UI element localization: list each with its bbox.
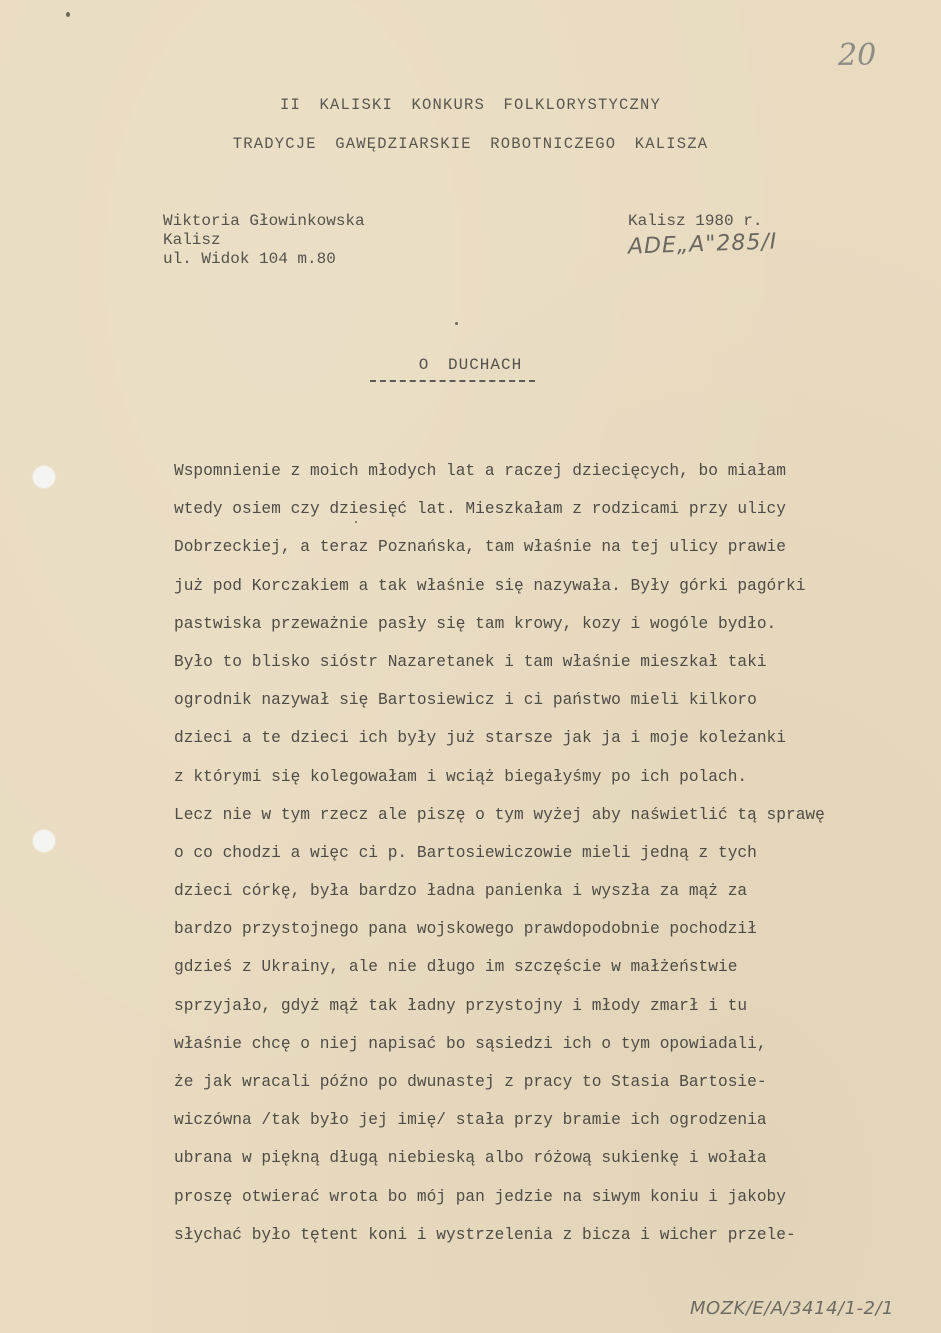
- body-line: ubrana w piękną długą niebieską albo róż…: [174, 1139, 941, 1177]
- body-line: dzieci a te dzieci ich były już starsze …: [174, 719, 941, 757]
- body-line: słychać było tętent koni i wystrzelenia …: [174, 1216, 941, 1254]
- contest-title: II KALISKI KONKURS FOLKLORYSTYCZNY: [0, 96, 941, 114]
- place-and-date: Kalisz 1980 r.: [628, 212, 762, 230]
- body-line: proszę otwierać wrota bo mój pan jedzie …: [174, 1178, 941, 1216]
- body-line: z którymi się kolegowałam i wciąż biegał…: [174, 758, 941, 796]
- contest-subtitle: TRADYCJE GAWĘDZIARSKIE ROBOTNICZEGO KALI…: [0, 135, 941, 153]
- author-street: ul. Widok 104 m.80: [163, 250, 336, 268]
- body-line: Było to blisko sióstr Nazaretanek i tam …: [174, 643, 941, 681]
- body-line: pastwiska przeważnie pasły się tam krowy…: [174, 605, 941, 643]
- body-line: że jak wracali późno po dwunastej z prac…: [174, 1063, 941, 1101]
- body-line: Dobrzeckiej, a teraz Poznańska, tam właś…: [174, 528, 941, 566]
- handwritten-page-number: 20: [838, 38, 876, 73]
- story-title: O DUCHACH: [0, 356, 941, 374]
- body-line: wtedy osiem czy dziesięć lat. Mieszkałam…: [174, 490, 941, 528]
- paper-speck: [66, 12, 70, 17]
- body-line: dzieci córkę, była bardzo ładna panienka…: [174, 872, 941, 910]
- body-line: gdzieś z Ukrainy, ale nie długo im szczę…: [174, 948, 941, 986]
- title-underline: [370, 380, 535, 382]
- handwritten-archive-code: ADE„A"285/I: [628, 229, 778, 259]
- body-line: Wspomnienie z moich młodych lat a raczej…: [174, 452, 941, 490]
- body-line: bardzo przystojnego pana wojskowego praw…: [174, 910, 941, 948]
- body-line: wiczówna /tak było jej imię/ stała przy …: [174, 1101, 941, 1139]
- body-line: o co chodzi a więc ci p. Bartosiewiczowi…: [174, 834, 941, 872]
- body-line: już pod Korczakiem a tak właśnie się naz…: [174, 567, 941, 605]
- body-line: Lecz nie w tym rzecz ale piszę o tym wyż…: [174, 796, 941, 834]
- author-name: Wiktoria Głowinkowska: [163, 212, 365, 230]
- paper-speck: [455, 322, 458, 325]
- story-body: Wspomnienie z moich młodych lat a raczej…: [174, 452, 941, 1254]
- punch-hole-bottom: [33, 830, 55, 852]
- author-address-block: Wiktoria Głowinkowska Kalisz ul. Widok 1…: [163, 212, 365, 269]
- author-city: Kalisz: [163, 231, 221, 249]
- punch-hole-top: [33, 466, 55, 488]
- document-page: 20 II KALISKI KONKURS FOLKLORYSTYCZNY TR…: [0, 0, 941, 1333]
- body-line: ogrodnik nazywał się Bartosiewicz i ci p…: [174, 681, 941, 719]
- body-line: właśnie chcę o niej napisać bo sąsiedzi …: [174, 1025, 941, 1063]
- handwritten-catalog-code: MOZK/E/A/3414/1-2/1: [690, 1298, 894, 1319]
- body-line: sprzyjało, gdyż mąż tak ładny przystojny…: [174, 987, 941, 1025]
